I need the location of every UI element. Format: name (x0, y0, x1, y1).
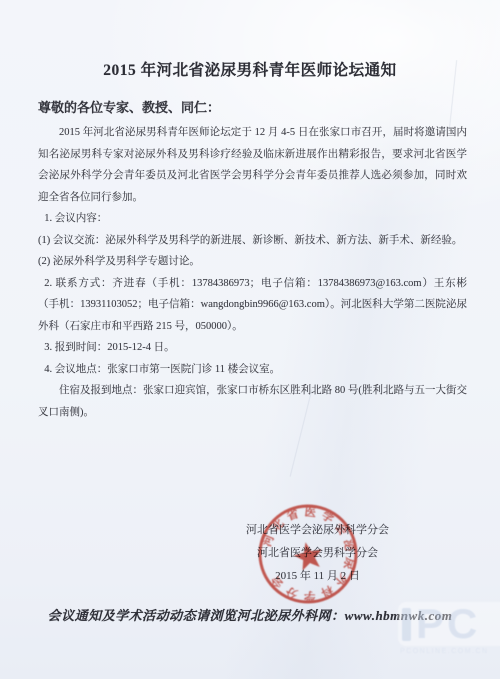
signature-org-2: 河北省医学会男科学分会 (230, 542, 405, 565)
paragraph: 住宿及报到地点：张家口迎宾馆，张家口市桥东区胜利北路 80 号(胜利北路与五一大… (38, 380, 467, 423)
document-body: 2015 年河北省泌尿男科青年医师论坛定于 12 月 4-5 日在张家口市召开，… (38, 122, 467, 423)
greeting-line: 尊敬的各位专家、教授、同仁： (38, 97, 220, 116)
paragraph: (1) 会议交流：泌尿外科学及男科学的新进展、新诊断、新技术、新方法、新手术、新… (38, 230, 467, 252)
paragraph: (2) 泌尿外科学及男科学专题讨论。 (38, 251, 467, 273)
paragraph: 4. 会议地点：张家口市第一医院门诊 11 楼会议室。 (38, 359, 467, 381)
signature-date: 2015 年 11 月 2 日 (230, 565, 405, 588)
paragraph: 1. 会议内容： (38, 208, 467, 230)
footer-website-line: 会议通知及学术活动动态请浏览河北泌尿外科网：www.hbmnwk.com (0, 605, 500, 624)
document-title: 2015 年河北省泌尿男科青年医师论坛通知 (0, 58, 500, 80)
watermark-caption: PCONLINE.COM.CN (400, 648, 489, 655)
paragraph: 2. 联系方式：齐进春（手机：13784386973；电子信箱：13784386… (38, 273, 467, 338)
paragraph: 3. 报到时间：2015-12-4 日。 (38, 337, 467, 359)
paragraph: 2015 年河北省泌尿男科青年医师论坛定于 12 月 4-5 日在张家口市召开，… (38, 122, 467, 208)
signature-org-1: 河北省医学会泌尿外科学分会 (230, 519, 405, 542)
document-page: 2015 年河北省泌尿男科青年医师论坛通知 尊敬的各位专家、教授、同仁： 201… (0, 0, 500, 679)
signature-block: 河北省医学会泌尿外科学分会 河北省医学会男科学分会 2015 年 11 月 2 … (230, 519, 405, 588)
